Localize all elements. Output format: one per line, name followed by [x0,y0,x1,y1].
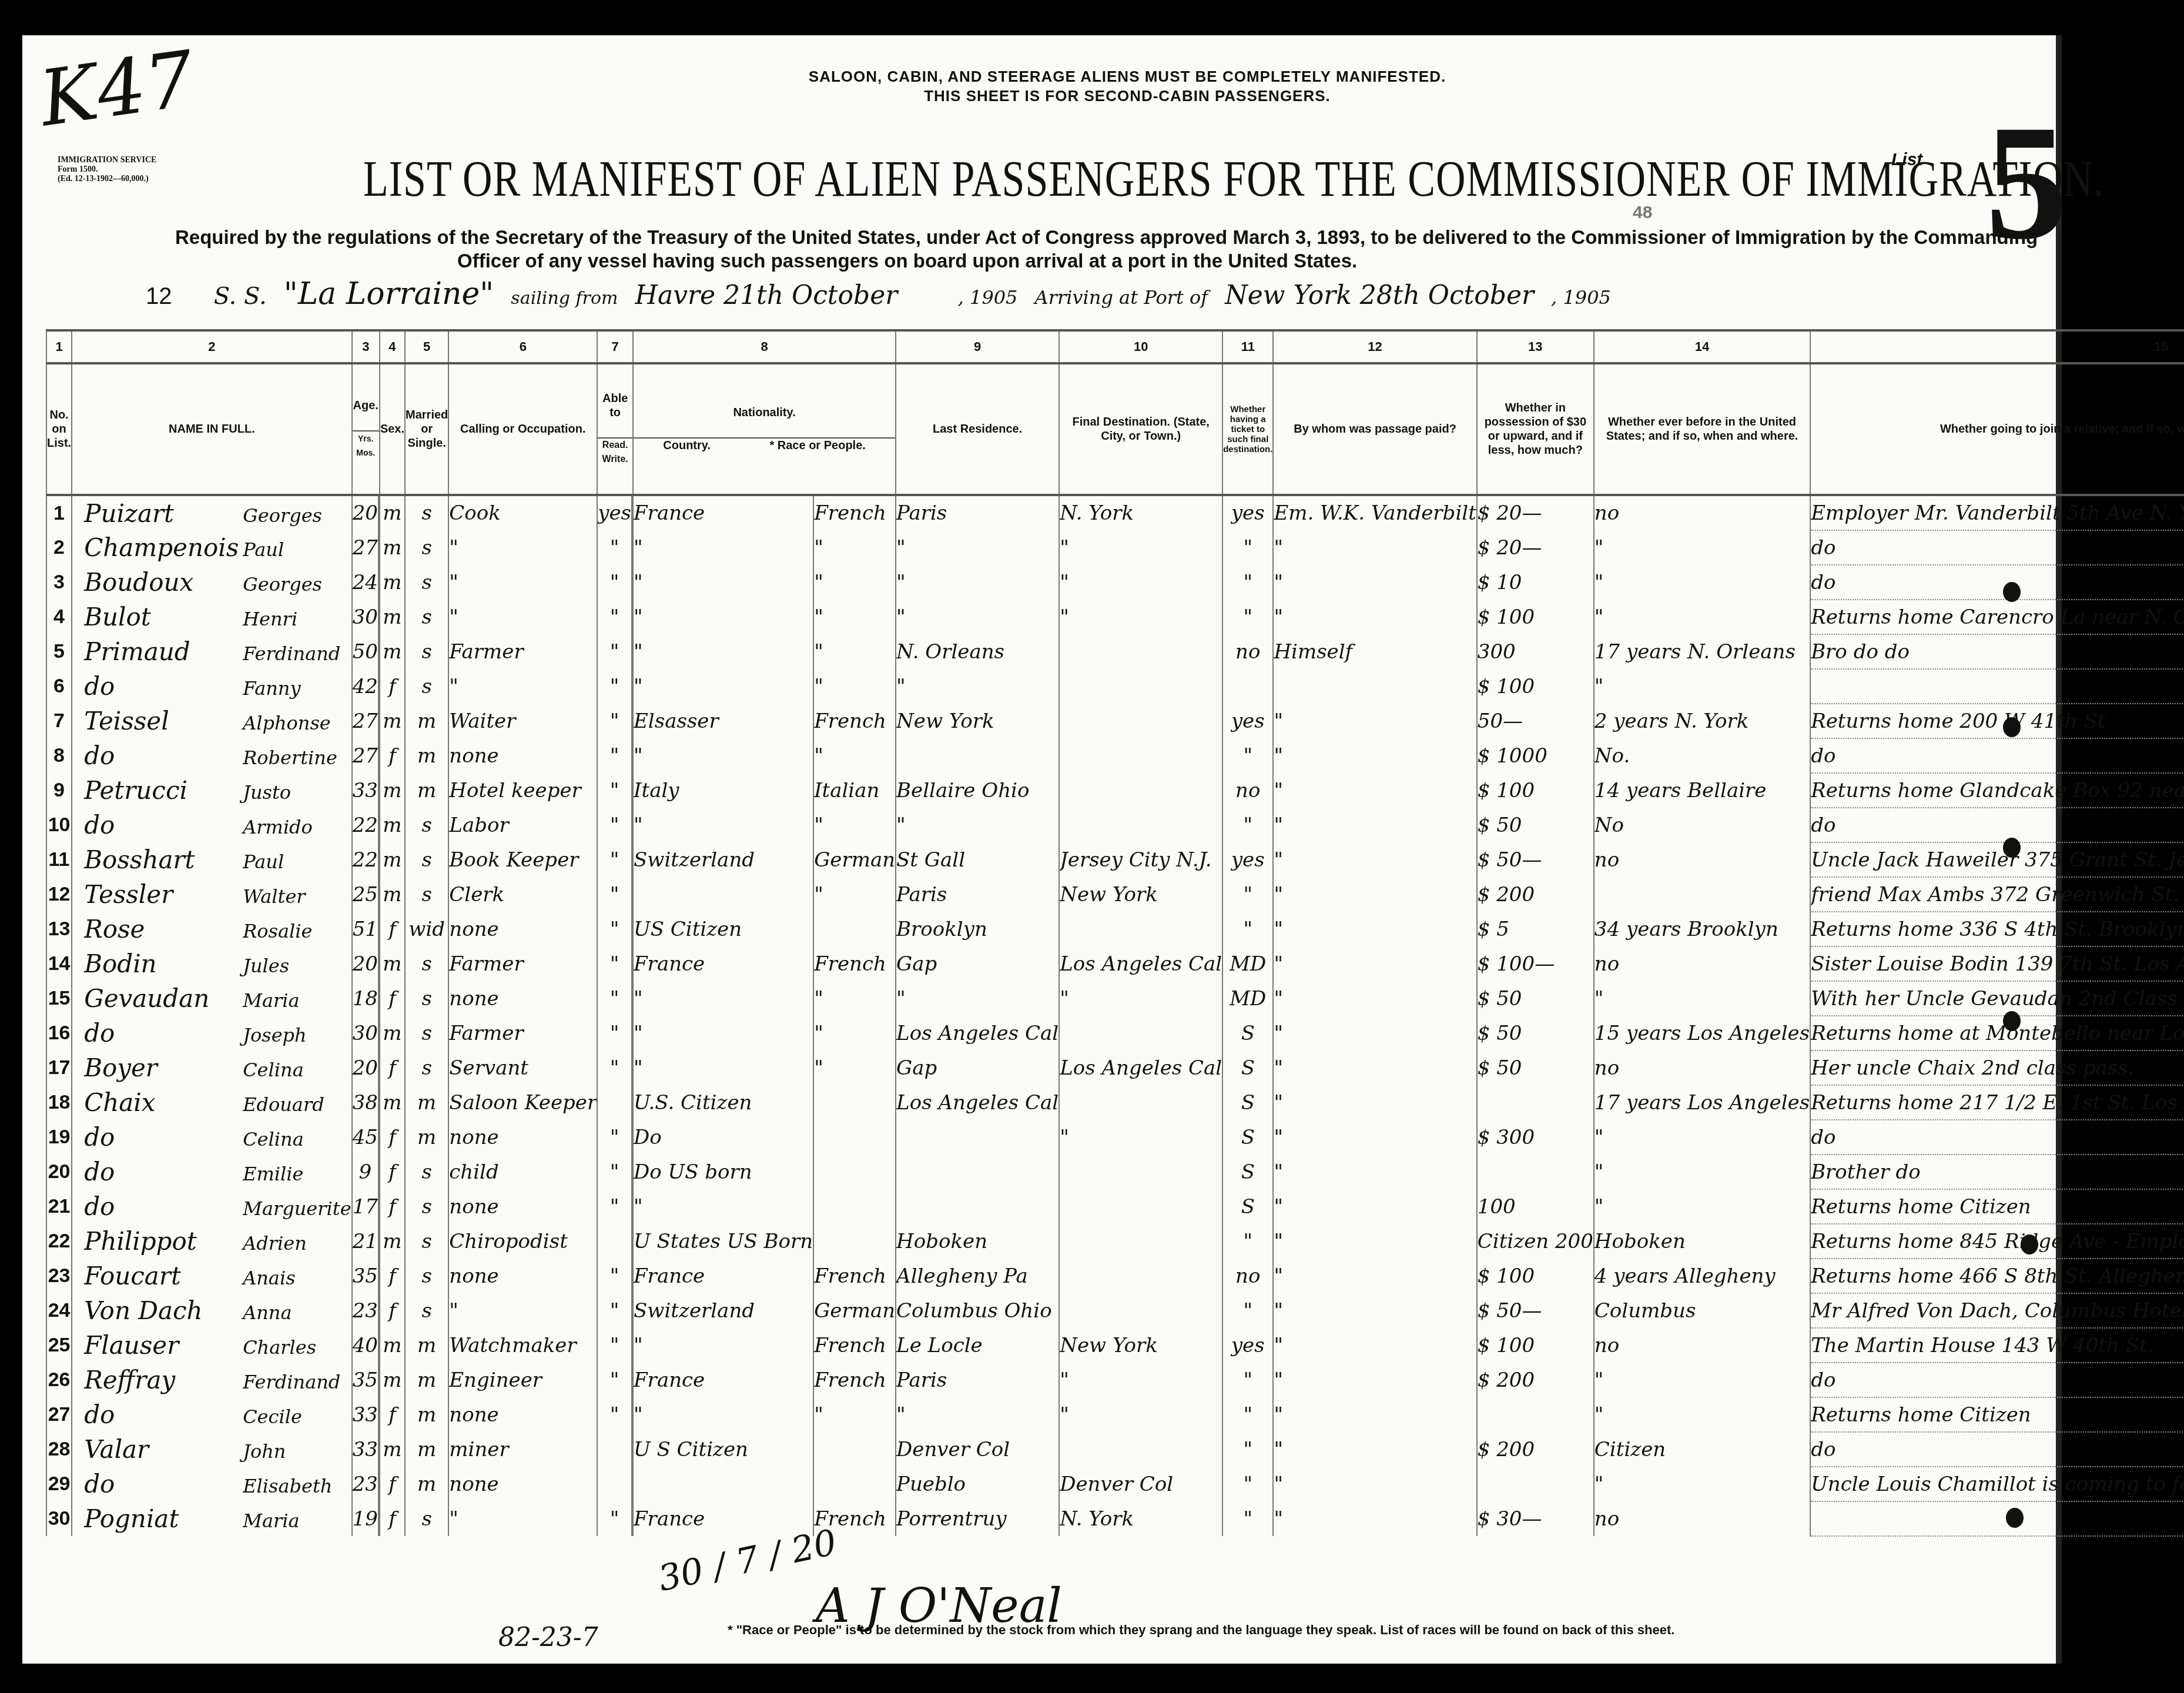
race: " [813,1397,896,1432]
final-destination: " [1059,1397,1222,1432]
age-years: 27 [352,738,378,773]
occupation: Servant [448,1050,597,1085]
name-cell: ReffrayFerdinand [72,1363,352,1397]
header-before-us: Whether ever before in the United States… [1594,363,1810,495]
occupation: Cook [448,495,597,530]
paid-by: " [1273,1259,1476,1293]
marital-status: s [405,808,448,842]
read: " [597,1501,632,1536]
money: $ 20— [1477,495,1594,530]
header-sex: Sex. [380,363,405,495]
name-cell: doRobertine [72,738,352,773]
relative: With her Uncle Gevaudan 2nd Class [1810,981,2184,1016]
colnum-9: 9 [896,330,1059,363]
marital-status: s [405,877,448,912]
final-destination [1059,1016,1222,1050]
surname: Champenois [72,533,243,562]
country: France [633,1259,813,1293]
age-years: 35 [352,1363,378,1397]
final-destination [1059,1259,1222,1293]
last-residence: " [896,600,1059,634]
table-row: 2ChampenoisPaul27ms""""""""$ 20—"do""""" [46,530,2184,565]
race: " [813,981,896,1016]
read: " [597,1259,632,1293]
country: " [633,669,813,704]
race [813,1467,896,1501]
read: " [597,1189,632,1224]
relative: Returns home Carencro La near N. Orleans [1810,600,2184,634]
name-cell: doCelina [72,1120,352,1155]
relative [1810,1501,2184,1536]
table-row: 13RoseRosalie51fwidnone"US CitizenBrookl… [46,912,2184,946]
before-in-us: 17 years Los Angeles [1594,1085,1810,1120]
table-row: 8doRobertine27fmnone"""""$ 1000No.do""""… [46,738,2184,773]
table-row: 10doArmido22msLabor""""""$ 50Nodo""""" [46,808,2184,842]
table-row: 24Von DachAnna23fs""SwitzerlandGermanCol… [46,1293,2184,1328]
money: $ 1000 [1477,738,1594,773]
race [813,1120,896,1155]
bottom-reference: 82-23-7 [498,1622,598,1652]
table-row: 20doEmilie9fschild"Do US bornS""Brother … [46,1155,2184,1189]
final-destination [1059,738,1222,773]
header-read: Read. [602,440,628,450]
row-number: 15 [46,981,72,1016]
relative: do [1810,808,2184,842]
ink-blot [2003,838,2021,858]
read [597,1467,632,1501]
header-mos: Mos. [356,448,375,457]
requirement-line-2: Officer of any vessel having such passen… [457,250,2184,272]
money: $ 50 [1477,1016,1594,1050]
country: US Citizen [633,912,813,946]
ticket: " [1222,1397,1273,1432]
last-residence: " [896,530,1059,565]
age-years: 24 [352,565,378,600]
relative: Returns home Citizen [1810,1397,2184,1432]
before-in-us: " [1594,1363,1810,1397]
header-paid-by: By whom was passage paid? [1273,363,1476,495]
money: $ 100 [1477,1259,1594,1293]
name-cell: ChampenoisPaul [72,530,352,565]
arriving-at: New York 28th October [1225,280,1534,310]
country: Switzerland [633,842,813,877]
occupation: " [448,1501,597,1536]
requirement-line-1: Required by the regulations of the Secre… [175,226,2056,249]
given-name: Armido [243,816,313,838]
ticket: no [1222,634,1273,669]
race: " [813,877,896,912]
sex: m [380,842,405,877]
race: " [813,669,896,704]
marital-status: wid [405,912,448,946]
table-row: 14BodinJules20msFarmer"FranceFrenchGapLo… [46,946,2184,981]
row-number: 30 [46,1501,72,1536]
row-number: 25 [46,1328,72,1363]
surname: Boudoux [72,568,243,597]
money: 100 [1477,1189,1594,1224]
race: " [813,808,896,842]
country: " [633,1328,813,1363]
name-cell: Von DachAnna [72,1293,352,1328]
given-name: Robertine [243,747,337,769]
race: French [813,946,896,981]
occupation: Farmer [448,1016,597,1050]
form-edition: (Ed. 12-13-1902—60,000.) [58,175,156,184]
last-residence: " [896,1397,1059,1432]
given-name: Anna [243,1301,292,1324]
money: $ 200 [1477,1432,1594,1467]
last-residence: Porrentruy [896,1501,1059,1536]
surname: Reffray [72,1366,243,1394]
occupation: child [448,1155,597,1189]
before-in-us: no [1594,1050,1810,1085]
table-row: 18ChaixEdouard38mmSaloon KeeperU.S. Citi… [46,1085,2184,1120]
before-in-us: " [1594,1155,1810,1189]
last-residence: New York [896,704,1059,738]
given-name: Maria [243,989,299,1012]
header-age-label: Age. [353,399,379,413]
before-in-us: No. [1594,738,1810,773]
occupation: " [448,600,597,634]
money: $ 50 [1477,808,1594,842]
surname: Boyer [72,1053,243,1082]
occupation: none [448,912,597,946]
sex: m [380,495,405,530]
given-name: Celina [243,1128,304,1150]
name-cell: BoyerCelina [72,1050,352,1085]
ticket: yes [1222,1328,1273,1363]
given-name: Walter [243,885,306,908]
sex: f [380,738,405,773]
surname: Bosshart [72,845,243,874]
name-cell: PogniatMaria [72,1501,352,1536]
table-row: 11BosshartPaul22msBook Keeper"Switzerlan… [46,842,2184,877]
read: " [597,634,632,669]
header-money: Whether in possession of $30 or upward, … [1477,363,1594,495]
ship-prefix: S. S. [214,283,267,310]
sex: f [380,912,405,946]
country: U.S. Citizen [633,1085,813,1120]
final-destination: " [1059,1120,1222,1155]
relative: do [1810,1120,2184,1155]
final-destination: Los Angeles Cal [1059,1050,1222,1085]
read: " [597,912,632,946]
given-name: Cecile [243,1406,302,1428]
paid-by: " [1273,1155,1476,1189]
name-cell: ChaixEdouard [72,1085,352,1120]
marital-status: s [405,1293,448,1328]
before-in-us: 4 years Allegheny [1594,1259,1810,1293]
relative: Mr Alfred Von Dach, Columbus Hotel Lafay… [1810,1293,2184,1328]
row-number: 2 [46,530,72,565]
occupation: Waiter [448,704,597,738]
age-years: 25 [352,877,378,912]
race [813,1189,896,1224]
country: U S Citizen [633,1432,813,1467]
form-number: Form 1500. [58,165,156,175]
row-number: 16 [46,1016,72,1050]
colnum-10: 10 [1059,330,1222,363]
ink-blot [2021,1234,2038,1254]
sex: m [380,1432,405,1467]
ship-name: "La Lorraine" [284,276,494,312]
relative: Sister Louise Bodin 139 7th St. Los Ange… [1810,946,2184,981]
name-cell: doArmido [72,808,352,842]
relative: do [1810,1432,2184,1467]
column-number-row: 1 2 3 4 5 6 7 8 9 10 11 12 13 14 15 16 1… [46,330,2184,363]
country: Do US born [633,1155,813,1189]
given-name: Joseph [243,1024,307,1046]
final-destination [1059,634,1222,669]
passenger-rows: 1PuizartGeorges20msCookyesFranceFrenchPa… [46,495,2184,1536]
age-years: 27 [352,530,378,565]
age-years: 20 [352,946,378,981]
sailing-from: Havre 21th October [635,280,941,310]
final-destination [1059,1432,1222,1467]
marital-status: s [405,842,448,877]
name-cell: BosshartPaul [72,842,352,877]
paid-by: " [1273,565,1476,600]
ticket: " [1222,738,1273,773]
marital-status: m [405,773,448,808]
ticket: " [1222,808,1273,842]
final-destination [1059,1155,1222,1189]
occupation: Clerk [448,877,597,912]
table-row: 7TeisselAlphonse27mmWaiter"ElsasserFrenc… [46,704,2184,738]
row-number: 12 [46,877,72,912]
read: " [597,1397,632,1432]
relative: Employer Mr. Vanderbilt 5th Ave N. York [1810,495,2184,530]
sex: f [380,1050,405,1085]
final-destination [1059,1085,1222,1120]
age-years: 22 [352,808,378,842]
surname: do [72,672,243,701]
surname: Tessler [72,880,243,909]
row-number: 18 [46,1085,72,1120]
read: " [597,877,632,912]
table-row: 6doFanny42fs"""""$ 100"""""" [46,669,2184,704]
sheet-number: 12 [146,283,172,309]
relative: Uncle Louis Chamillot is coming to fetch… [1810,1467,2184,1501]
country: Italy [633,773,813,808]
colnum-12: 12 [1273,330,1476,363]
name-cell: doElisabeth [72,1467,352,1501]
race: Italian [813,773,896,808]
final-destination: " [1059,530,1222,565]
read: " [597,1050,632,1085]
ticket: " [1222,912,1273,946]
surname: Chaix [72,1088,243,1117]
paid-by: Em. W.K. Vanderbilt [1273,495,1476,530]
before-in-us: 14 years Bellaire [1594,773,1810,808]
ticket: yes [1222,704,1273,738]
ticket: no [1222,1259,1273,1293]
table-row: 28ValarJohn33mmminerU S CitizenDenver Co… [46,1432,2184,1467]
given-name: Anais [243,1267,295,1289]
final-destination: " [1059,600,1222,634]
surname: do [72,1470,243,1498]
before-in-us: 17 years N. Orleans [1594,634,1810,669]
occupation: Watchmaker [448,1328,597,1363]
marital-status: s [405,946,448,981]
race: " [813,565,896,600]
country [633,1467,813,1501]
age-years: 20 [352,1050,378,1085]
paid-by: " [1273,808,1476,842]
last-residence: Los Angeles Cal [896,1085,1059,1120]
ticket: " [1222,1224,1273,1259]
table-row: 15GevaudanMaria18fsnone"""""MD"$ 50"With… [46,981,2184,1016]
relative: Returns home 845 Ridge Ave - Employer Mr… [1810,1224,2184,1259]
name-cell: FoucartAnais [72,1259,352,1293]
name-cell: PrimaudFerdinand [72,634,352,669]
paid-by: " [1273,1501,1476,1536]
marital-status: m [405,1467,448,1501]
money: $ 100 [1477,669,1594,704]
country: Switzerland [633,1293,813,1328]
table-row: 29doElisabeth23fmnonePuebloDenver Col"""… [46,1467,2184,1501]
name-cell: FlauserCharles [72,1328,352,1363]
surname: Primaud [72,637,243,666]
colnum-8: 8 [633,330,896,363]
row-number: 7 [46,704,72,738]
ticket: S [1222,1085,1273,1120]
header-nationality-label: Nationality. [634,406,895,420]
last-residence: Denver Col [896,1432,1059,1467]
given-name: Edouard [243,1093,324,1116]
marital-status: s [405,669,448,704]
name-cell: BulotHenri [72,600,352,634]
last-residence: Paris [896,1363,1059,1397]
marital-status: s [405,565,448,600]
given-name: Justo [243,781,291,804]
final-destination: " [1059,565,1222,600]
last-residence: " [896,981,1059,1016]
before-in-us: No [1594,808,1810,842]
paid-by: " [1273,1085,1476,1120]
given-name: Fanny [243,677,300,700]
age-years: 22 [352,842,378,877]
marital-status: s [405,495,448,530]
country: " [633,1016,813,1050]
relative: Returns home 336 S 4th St. Brooklyn [1810,912,2184,946]
table-row: 3BoudouxGeorges24ms""""""""$ 10"do""""" [46,565,2184,600]
money [1477,1467,1594,1501]
name-cell: TeisselAlphonse [72,704,352,738]
last-residence [896,738,1059,773]
last-residence: Hoboken [896,1224,1059,1259]
country: " [633,1397,813,1432]
last-residence: St Gall [896,842,1059,877]
ticket: " [1222,600,1273,634]
read: " [597,773,632,808]
occupation: " [448,669,597,704]
arriving-label: Arriving at Port of [1035,286,1208,309]
header-last-residence: Last Residence. [896,363,1059,495]
ink-blot [2003,582,2021,602]
race [813,1224,896,1259]
read: " [597,669,632,704]
table-row: 1PuizartGeorges20msCookyesFranceFrenchPa… [46,495,2184,530]
row-number: 6 [46,669,72,704]
given-name: Alphonse [243,712,331,734]
last-residence: Columbus Ohio [896,1293,1059,1328]
header-line-1: SALOON, CABIN, AND STEERAGE ALIENS MUST … [745,68,1509,86]
country: U States US Born [633,1224,813,1259]
given-name: Georges [243,573,322,595]
row-number: 4 [46,600,72,634]
occupation: Labor [448,808,597,842]
name-cell: PuizartGeorges [72,495,352,530]
name-cell: PetrucciJusto [72,773,352,808]
surname: do [72,1157,243,1186]
row-number: 8 [46,738,72,773]
table-row: 22PhilippotAdrien21msChiropodistU States… [46,1224,2184,1259]
money: 50— [1477,704,1594,738]
row-number: 19 [46,1120,72,1155]
before-in-us: " [1594,669,1810,704]
ticket: " [1222,565,1273,600]
marital-status: s [405,600,448,634]
sex: f [380,1155,405,1189]
colnum-5: 5 [405,330,448,363]
marital-status: m [405,1363,448,1397]
race-footnote: * "Race or People" is to be determined b… [728,1622,1674,1638]
occupation: none [448,1467,597,1501]
final-destination: New York [1059,1328,1222,1363]
row-number: 13 [46,912,72,946]
occupation: " [448,530,597,565]
money: Citizen 200 [1477,1224,1594,1259]
surname: Philippot [72,1227,243,1256]
header-married: Married or Single. [405,363,448,495]
sex: m [380,808,405,842]
ticket: S [1222,1155,1273,1189]
paid-by: " [1273,530,1476,565]
given-name: Georges [243,504,322,527]
row-number: 23 [46,1259,72,1293]
name-cell: doMarguerite [72,1189,352,1224]
colnum-2: 2 [72,330,352,363]
final-destination: " [1059,1363,1222,1397]
final-destination: Los Angeles Cal [1059,946,1222,981]
marital-status: s [405,1259,448,1293]
last-residence [896,1155,1059,1189]
age-years: 33 [352,773,378,808]
row-number: 14 [46,946,72,981]
name-cell: doFanny [72,669,352,704]
list-label: List [1891,150,1922,170]
header-write: Write. [602,454,628,464]
paid-by: " [1273,1397,1476,1432]
given-name: Elisabeth [243,1475,332,1497]
header-age: Age.Yrs. Mos. [352,363,380,495]
table-row: 5PrimaudFerdinand50msFarmer"""N. Orleans… [46,634,2184,669]
paid-by: " [1273,912,1476,946]
table-row: 25FlauserCharles40mmWatchmaker""FrenchLe… [46,1328,2184,1363]
sex: m [380,1016,405,1050]
country: " [633,600,813,634]
occupation: miner [448,1432,597,1467]
race [813,912,896,946]
money: $ 100 [1477,600,1594,634]
paid-by: " [1273,1016,1476,1050]
table-row: 9PetrucciJusto33mmHotel keeper"ItalyItal… [46,773,2184,808]
sex: m [380,565,405,600]
read: " [597,1363,632,1397]
paid-by: " [1273,842,1476,877]
surname: do [72,741,243,770]
